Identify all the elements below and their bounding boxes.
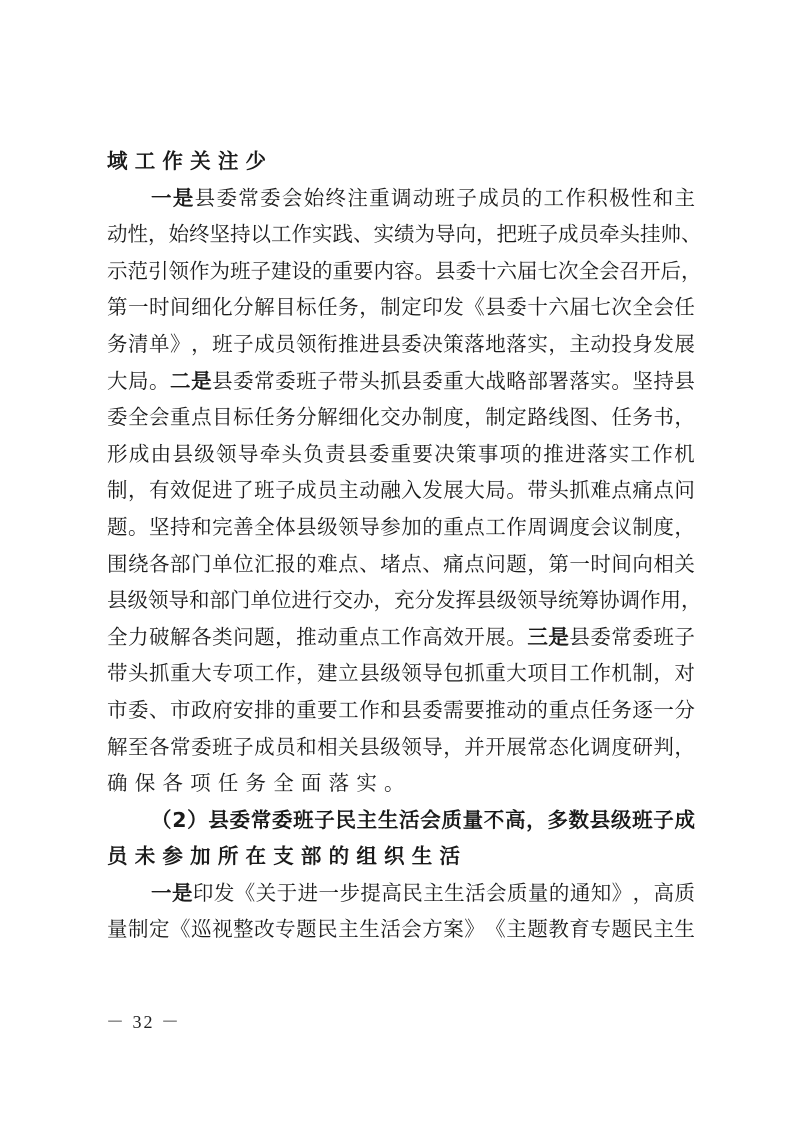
paragraph-line: 解至各常委班子成员和相关县级领导，并开展常态化调度研判，解至各常委班子成员和相关… (107, 729, 695, 766)
paragraph-line: 带头抓重大专项工作，建立县级领导包抓重大项目工作机制，对带头抓重大专项工作，建立… (107, 655, 695, 692)
paragraph-line: 题。坚持和完善全体县级领导参加的重点工作周调度会议制度，题。坚持和完善全体县级领… (107, 509, 695, 546)
paragraph-line: 第一时间细化分解目标任务，制定印发《县委十六届七次全会任第一时间细化分解目标任务… (107, 289, 695, 326)
paragraph-line: 大局。二是县委常委班子带头抓县委重大战略部署落实。坚持县大局。二是县委常委班子带… (107, 363, 695, 400)
paragraph-line: 务清单》，班子成员领衔推进县委决策落地落实，主动投身发展务清单》，班子成员领衔推… (107, 326, 695, 363)
paragraph-line: 动性，始终坚持以工作实践、实绩为导向，把班子成员牵头挂帅、动性，始终坚持以工作实… (107, 216, 695, 253)
document-body: 域工作关注少域工作关注少一是县委常委会始终注重调动班子成员的工作积极性和主一是县… (107, 143, 695, 948)
page-number: － 32 － (106, 1008, 181, 1034)
section-heading-line: 员未参加所在支部的组织生活员未参加所在支部的组织生活 (107, 838, 695, 875)
paragraph-line: 形成由县级领导牵头负责县委重要决策事项的推进落实工作机形成由县级领导牵头负责县委… (107, 436, 695, 473)
paragraph-line: 制，有效促进了班子成员主动融入发展大局。带头抓难点痛点问制，有效促进了班子成员主… (107, 472, 695, 509)
paragraph-line: 县级领导和部门单位进行交办，充分发挥县级领导统筹协调作用，县级领导和部门单位进行… (107, 582, 695, 619)
paragraph-line: 市委、市政府安排的重要工作和县委需要推动的重点任务逐一分市委、市政府安排的重要工… (107, 692, 695, 729)
paragraph-line: 量制定《巡视整改专题民主生活会方案》《主题教育专题民主生量制定《巡视整改专题民主… (107, 911, 695, 948)
paragraph-line: 委全会重点目标任务分解细化交办制度，制定路线图、任务书，委全会重点目标任务分解细… (107, 399, 695, 436)
paragraph-line: 一是县委常委会始终注重调动班子成员的工作积极性和主一是县委常委会始终注重调动班子… (107, 180, 695, 217)
section-heading-line: （2）县委常委班子民主生活会质量不高，多数县级班子成（2）县委常委班子民主生活会… (107, 802, 695, 839)
paragraph-line: 围绕各部门单位汇报的难点、堵点、痛点问题，第一时间向相关围绕各部门单位汇报的难点… (107, 546, 695, 583)
paragraph-line: 全力破解各类问题，推动重点工作高效开展。三是县委常委班子全力破解各类问题，推动重… (107, 619, 695, 656)
paragraph-line: 确保各项任务全面落实。确保各项任务全面落实。 (107, 765, 695, 802)
section-heading-line: 域工作关注少域工作关注少 (107, 143, 695, 180)
paragraph-line: 示范引领作为班子建设的重要内容。县委十六届七次全会召开后，示范引领作为班子建设的… (107, 253, 695, 290)
paragraph-line: 一是印发《关于进一步提高民主生活会质量的通知》，高质一是印发《关于进一步提高民主… (107, 875, 695, 912)
